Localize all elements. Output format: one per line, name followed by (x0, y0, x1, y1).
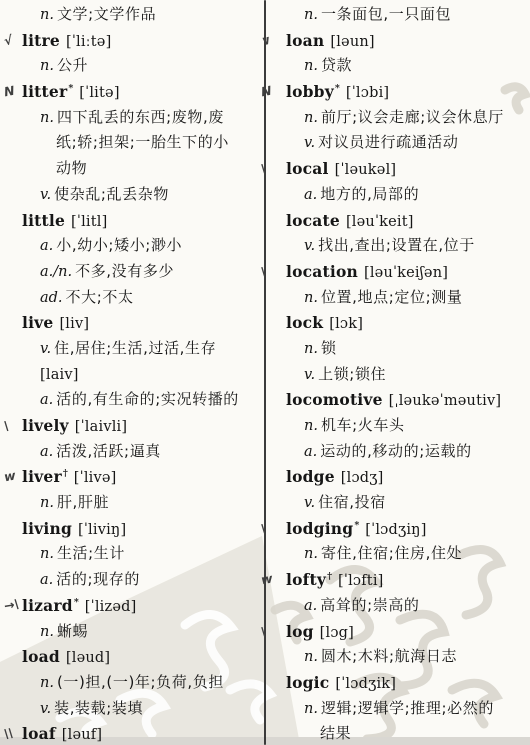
part-of-speech: n. (40, 624, 54, 640)
definition-text: 高耸的;崇高的 (320, 596, 419, 614)
entry-headword-line: \location[ləuˈkeiʃən] (270, 259, 528, 285)
column-right: n.一条面包,一只面包∨loan[ləun]n.贷款Nlobby*[ˈlɔbi]… (270, 0, 528, 745)
headword-superscript: * (335, 83, 340, 94)
definition-text: 四下乱丢的东西;废物,废 (57, 108, 224, 126)
definition-line: v.使杂乱;乱丢杂物 (6, 182, 258, 208)
entry-headword-line: logic[ˈlɔdʒik] (270, 670, 528, 696)
definition-line: n.文学;文学作品 (6, 2, 258, 28)
definition-line: a.运动的,移动的;运载的 (270, 439, 528, 465)
headword-superscript: † (327, 571, 332, 582)
definition-text: (一)担,(一)年;负荷,负担 (57, 673, 224, 691)
definition-continuation-line: 结果 (270, 721, 528, 745)
part-of-speech: v. (304, 495, 315, 511)
handwritten-mark: √ (2, 27, 22, 51)
part-of-speech: n. (304, 110, 318, 126)
definition-text: 使杂乱;乱丢杂物 (54, 185, 169, 203)
definition-line: n.蜥蜴 (6, 619, 258, 645)
phonetic-text: [lɔdʒ] (341, 470, 384, 486)
definition-line: n.逻辑;逻辑学;推理;必然的 (270, 696, 528, 722)
definition-line: n.生活;生计 (6, 541, 258, 567)
definition-text: 动物 (56, 159, 87, 177)
definition-line: n.贷款 (270, 53, 528, 79)
part-of-speech: v. (304, 238, 315, 254)
definition-line: n.公升 (6, 53, 258, 79)
entry-headword-line: lock[lɔk] (270, 310, 528, 336)
phonetic-text: [ˈlaivli] (75, 419, 128, 435)
part-of-speech: n. (40, 110, 54, 126)
definition-line: v.上锁;锁住 (270, 362, 528, 388)
definition-text: 运动的,移动的;运载的 (320, 442, 471, 460)
definition-text: 不多,没有多少 (75, 262, 174, 280)
phonetic-text: [lɔg] (320, 625, 354, 641)
entry-headword-line: \local[ˈləukəl] (270, 156, 528, 182)
handwritten-mark: w (2, 464, 22, 488)
part-of-speech: n. (304, 546, 318, 562)
phonetic-text: [liv] (59, 316, 89, 332)
handwritten-mark: \ (259, 259, 279, 283)
handwritten-mark: \ (259, 516, 279, 540)
headword-text: lodge (286, 467, 335, 486)
part-of-speech: a. (304, 187, 317, 203)
entry-headword-line: Nlobby*[ˈlɔbi] (270, 79, 528, 105)
entry-headword-line: Nlitter*[ˈlitə] (6, 79, 258, 105)
definition-text: 逻辑;逻辑学;推理;必然的 (321, 699, 494, 717)
headword-text: loan (286, 31, 324, 50)
part-of-speech: n. (304, 341, 318, 357)
definition-text: 圆木;木料;航海日志 (321, 647, 457, 665)
headword-text: lofty (286, 570, 326, 589)
part-of-speech: ad. (40, 290, 63, 306)
phonetic-text: [ˈlitl] (71, 214, 107, 230)
part-of-speech: a. (304, 444, 317, 460)
entry-headword-line: lodge[lɔdʒ] (270, 464, 528, 490)
definition-text: 机车;火车头 (321, 416, 405, 434)
part-of-speech: n. (304, 58, 318, 74)
phonetic-text: [lɔk] (329, 316, 363, 332)
column-left: n.文学;文学作品√litre[ˈliːtə]n.公升Nlitter*[ˈlit… (6, 0, 258, 745)
phonetic-text: [ləun] (330, 34, 374, 50)
definition-text: 小,幼小;矮小;渺小 (56, 236, 182, 254)
definition-text: 肝,肝脏 (57, 493, 109, 511)
handwritten-mark: \ (259, 156, 279, 180)
handwritten-mark: w (259, 567, 279, 591)
part-of-speech: a. (40, 238, 53, 254)
part-of-speech: a. (304, 598, 317, 614)
definition-text: 前厅;议会走廊;议会休息厅 (321, 108, 504, 126)
part-of-speech: a. (40, 444, 53, 460)
part-of-speech: n. (40, 7, 54, 23)
entry-headword-line: locate[ləuˈkeit] (270, 208, 528, 234)
part-of-speech: n. (304, 7, 318, 23)
headword-text: location (286, 262, 358, 281)
definition-text: 寄住,住宿;住房,住处 (321, 544, 462, 562)
entry-headword-line: live[liv] (6, 310, 258, 336)
entry-headword-line: ∨loan[ləun] (270, 28, 528, 54)
headword-text: lodging (286, 519, 353, 538)
part-of-speech: v. (40, 187, 51, 203)
definition-line: a./n.不多,没有多少 (6, 259, 258, 285)
definition-line: n.四下乱丢的东西;废物,废 (6, 105, 258, 131)
phonetic-text: [ləuf] (62, 727, 102, 743)
entry-headword-line: \log[lɔg] (270, 619, 528, 645)
definition-text: 纸;轿;担架;一胎生下的小 (56, 133, 229, 151)
phonetic-text: [ləuˈkeit] (346, 214, 414, 230)
handwritten-mark: N (2, 79, 22, 103)
entry-headword-line: √litre[ˈliːtə] (6, 28, 258, 54)
definition-text: 住,居住;生活,过活,生存 (54, 339, 216, 357)
part-of-speech: n. (304, 701, 318, 717)
definition-text: 蜥蜴 (57, 622, 88, 640)
headword-superscript: * (68, 83, 73, 94)
definition-text: 位置,地点;定位;测量 (321, 288, 462, 306)
definition-text: 装,装载;装填 (54, 699, 143, 717)
part-of-speech: n. (40, 495, 54, 511)
part-of-speech: n. (40, 675, 54, 691)
phonetic-text: [ˈlizəd] (85, 599, 137, 615)
part-of-speech: n. (40, 546, 54, 562)
handwritten-mark: \\ (2, 721, 22, 745)
phonetic-text: [ˈlɔbi] (346, 85, 389, 101)
handwritten-mark: \ (259, 618, 279, 642)
part-of-speech: a./n. (40, 264, 72, 280)
headword-text: live (22, 313, 53, 332)
entry-headword-line: \lodging*[ˈlɔdʒiŋ] (270, 516, 528, 542)
part-of-speech: v. (304, 367, 315, 383)
definition-text: 找出,查出;设置在,位于 (318, 236, 475, 254)
part-of-speech: n. (304, 418, 318, 434)
definition-text: 不大;不太 (66, 288, 134, 306)
part-of-speech: a. (40, 572, 53, 588)
dictionary-page: n.文学;文学作品√litre[ˈliːtə]n.公升Nlitter*[ˈlit… (0, 0, 530, 745)
entry-headword-line: \\loaf[ləuf] (6, 721, 258, 745)
headword-superscript: * (74, 597, 79, 608)
definition-text: 贷款 (321, 56, 352, 74)
headword-superscript: † (63, 468, 68, 479)
definition-text: 地方的,局部的 (320, 185, 419, 203)
phonetic-text: [ˈliːtə] (66, 34, 111, 50)
headword-text: local (286, 159, 329, 178)
definition-line: n.肝,肝脏 (6, 490, 258, 516)
entry-headword-line: living[ˈliviŋ] (6, 516, 258, 542)
definition-continuation-line: 动物 (6, 156, 258, 182)
handwritten-mark: ∨ (259, 27, 279, 51)
definition-text: 活的;现存的 (56, 570, 140, 588)
definition-line: n.(一)担,(一)年;负荷,负担 (6, 670, 258, 696)
definition-line: v.对议员进行疏通活动 (270, 130, 528, 156)
phonetic-text: [ˈlɔdʒiŋ] (365, 522, 426, 538)
definition-continuation-line: 纸;轿;担架;一胎生下的小 (6, 130, 258, 156)
definition-line: a.活泼,活跃;逼真 (6, 439, 258, 465)
entry-headword-line: \lively[ˈlaivli] (6, 413, 258, 439)
definition-line: n.寄住,住宿;住房,住处 (270, 541, 528, 567)
phonetic-text: [ləud] (66, 650, 110, 666)
definition-line: a.活的,有生命的;实况转播的 (6, 387, 258, 413)
phonetic-text: [laiv] (40, 367, 79, 383)
definition-line: ad.不大;不太 (6, 285, 258, 311)
phonetic-text: [ˈlɔdʒik] (335, 676, 396, 692)
headword-text: little (22, 211, 65, 230)
part-of-speech: n. (40, 58, 54, 74)
entry-headword-line: wlofty†[ˈlɔfti] (270, 567, 528, 593)
part-of-speech: n. (304, 649, 318, 665)
phonetic-text: [ˈləukəl] (335, 162, 397, 178)
headword-text: logic (286, 673, 329, 692)
headword-superscript: * (354, 520, 359, 531)
definition-line: a.活的;现存的 (6, 567, 258, 593)
headword-text: litter (22, 82, 67, 101)
headword-text: lock (286, 313, 323, 332)
entry-headword-line: little[ˈlitl] (6, 208, 258, 234)
definition-line: a.小,幼小;矮小;渺小 (6, 233, 258, 259)
headword-text: lizard (22, 596, 73, 615)
entry-headword-line: →\lizard*[ˈlizəd] (6, 593, 258, 619)
definition-line: n.位置,地点;定位;测量 (270, 285, 528, 311)
definition-line: v.找出,查出;设置在,位于 (270, 233, 528, 259)
headword-text: living (22, 519, 72, 538)
entry-headword-line: locomotive[ˌləukəˈməutiv] (270, 387, 528, 413)
headword-text: lively (22, 416, 69, 435)
phonetic-text: [ˈliviŋ] (78, 522, 126, 538)
definition-text: 锁 (321, 339, 337, 357)
handwritten-mark: N (259, 79, 279, 103)
headword-text: loaf (22, 724, 56, 743)
entry-headword-line: load[ləud] (6, 644, 258, 670)
part-of-speech: v. (40, 341, 51, 357)
phonetic-variant-line: [laiv] (6, 362, 258, 388)
headword-text: load (22, 647, 60, 666)
entry-headword-line: wliver†[ˈlivə] (6, 464, 258, 490)
phonetic-text: [ləuˈkeiʃən] (364, 265, 448, 281)
definition-line: a.地方的,局部的 (270, 182, 528, 208)
definition-line: v.住,居住;生活,过活,生存 (6, 336, 258, 362)
phonetic-text: [ˈlivə] (74, 470, 117, 486)
headword-text: locomotive (286, 390, 383, 409)
handwritten-mark: →\ (2, 593, 22, 617)
definition-text: 活的,有生命的;实况转播的 (56, 390, 239, 408)
definition-line: n.一条面包,一只面包 (270, 2, 528, 28)
definition-text: 住宿,投宿 (318, 493, 386, 511)
definition-text: 生活;生计 (57, 544, 125, 562)
definition-text: 上锁;锁住 (318, 365, 386, 383)
definition-line: n.锁 (270, 336, 528, 362)
phonetic-text: [ˌləukəˈməutiv] (389, 393, 502, 409)
definition-line: v.住宿,投宿 (270, 490, 528, 516)
definition-line: n.圆木;木料;航海日志 (270, 644, 528, 670)
definition-line: a.高耸的;崇高的 (270, 593, 528, 619)
headword-text: litre (22, 31, 60, 50)
definition-text: 公升 (57, 56, 88, 74)
handwritten-mark: \ (2, 413, 22, 437)
definition-text: 结果 (320, 724, 351, 742)
headword-text: locate (286, 211, 340, 230)
definition-line: v.装,装载;装填 (6, 696, 258, 722)
definition-text: 对议员进行疏通活动 (318, 133, 458, 151)
headword-text: lobby (286, 82, 334, 101)
headword-text: log (286, 622, 314, 641)
part-of-speech: v. (304, 135, 315, 151)
definition-line: n.机车;火车头 (270, 413, 528, 439)
definition-text: 文学;文学作品 (57, 5, 156, 23)
phonetic-text: [ˈlɔfti] (338, 573, 384, 589)
headword-text: liver (22, 467, 62, 486)
definition-line: n.前厅;议会走廊;议会休息厅 (270, 105, 528, 131)
phonetic-text: [ˈlitə] (79, 85, 119, 101)
definition-text: 活泼,活跃;逼真 (56, 442, 161, 460)
part-of-speech: n. (304, 290, 318, 306)
definition-text: 一条面包,一只面包 (321, 5, 451, 23)
part-of-speech: a. (40, 392, 53, 408)
part-of-speech: v. (40, 701, 51, 717)
